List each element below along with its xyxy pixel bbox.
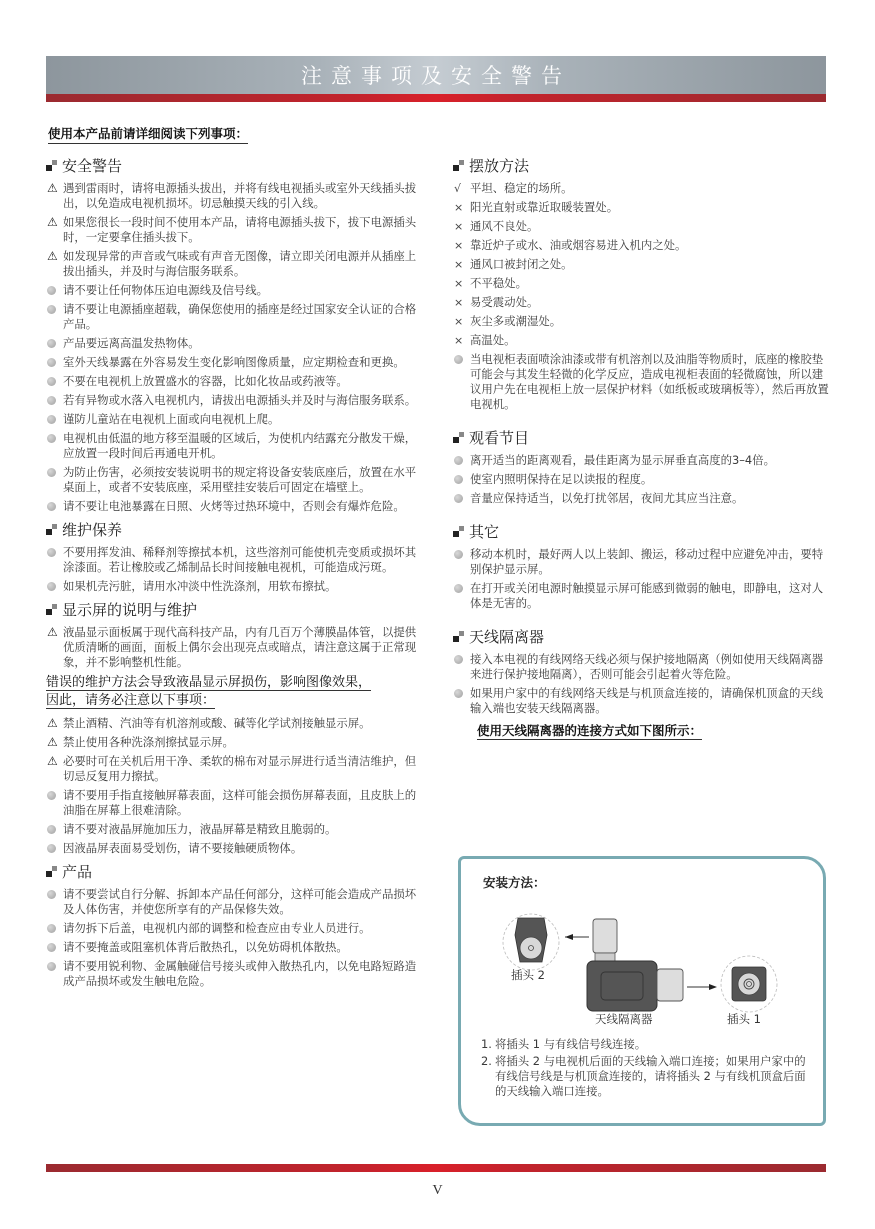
check-icon: √	[453, 181, 470, 196]
bullet-dot-icon	[46, 499, 63, 514]
isolator-label: 天线隔离器	[595, 1011, 653, 1027]
list-item-text: 平坦、稳定的场所。	[470, 181, 833, 196]
bullet-dot-icon	[46, 959, 63, 989]
section-product: 产品 请不要尝试自行分解、拆卸本产品任何部分，这样可能会造成产品损坏及人体伤害，…	[46, 860, 422, 989]
bullet-dot-icon	[46, 393, 63, 408]
section-other: 其它 移动本机时，最好两人以上装卸、搬运，移动过程中应避免冲击，要特别保护显示屏…	[453, 520, 833, 611]
list-item-text: 必要时可在关机后用干净、柔软的棉布对显示屏进行适当清洁维护，但切忌反复用力擦拭。	[63, 754, 422, 784]
section-title: 产品	[46, 860, 422, 882]
list-item: 不要用挥发油、稀释剂等擦拭本机，这些溶剂可能使机壳变质或损坏其涂漆面。若让橡胶或…	[46, 545, 422, 575]
section-title: 观看节目	[453, 426, 833, 448]
placement-list: √平坦、稳定的场所。×阳光直射或靠近取暖装置处。×通风不良处。×靠近炉子或水、油…	[453, 181, 833, 412]
list-item: 请不要对液晶屏施加压力，液晶屏幕是精致且脆弱的。	[46, 822, 422, 837]
list-item: 如果用户家中的有线网络天线是与机顶盒连接的，请确保机顶盒的天线输入端也安装天线隔…	[453, 686, 833, 716]
list-item: ⚠禁止酒精、汽油等有机溶剂或酸、碱等化学试剂接触显示屏。	[46, 716, 422, 731]
bullet-dot-icon	[453, 472, 470, 487]
section-title: 显示屏的说明与维护	[46, 598, 422, 620]
list-item-text: 音量应保持适当，以免打扰邻居，夜间尤其应当注意。	[470, 491, 833, 506]
list-item: ⚠必要时可在关机后用干净、柔软的棉布对显示屏进行适当清洁维护，但切忌反复用力擦拭…	[46, 754, 422, 784]
list-item-text: 请不要掩盖或阻塞机体背后散热孔，以免妨碍机体散热。	[63, 940, 422, 955]
cross-icon: ×	[453, 295, 470, 310]
bullet-dot-icon	[46, 412, 63, 427]
list-item-text: 液晶显示面板属于现代高科技产品，内有几百万个薄膜晶体管，以提供优质清晰的画面，面…	[63, 625, 422, 670]
isolator-list: 接入本电视的有线网络天线必须与保护接地隔离（例如使用天线隔离器来进行保护接地隔离…	[453, 652, 833, 716]
list-item-text: 室外天线暴露在外容易发生变化影响图像质量，应定期检查和更换。	[63, 355, 422, 370]
page-title: 注意事项及安全警告	[301, 60, 571, 90]
list-item-text: 靠近炉子或水、油或烟容易进入机内之处。	[470, 238, 833, 253]
list-item: 为防止伤害，必须按安装说明书的规定将设备安装底座后，放置在水平桌面上，或者不安装…	[46, 465, 422, 495]
list-item: ×灰尘多或潮湿处。	[453, 314, 833, 329]
list-item-text: 如果您很长一段时间不使用本产品，请将电源插头拔下，拔下电源插头时，一定要拿住插头…	[63, 215, 422, 245]
bullet-dot-icon	[46, 374, 63, 389]
list-item: 移动本机时，最好两人以上装卸、搬运，移动过程中应避免冲击，要特别保护显示屏。	[453, 547, 833, 577]
bullet-dot-icon	[46, 579, 63, 594]
bullet-dot-icon	[453, 453, 470, 468]
bullet-dot-icon	[453, 352, 470, 412]
installation-steps: 1. 将插头 1 与有线信号线连接。 2. 将插头 2 与电视机后面的天线输入端…	[481, 1037, 811, 1101]
list-item-text: 谨防儿童站在电视机上面或向电视机上爬。	[63, 412, 422, 427]
list-item-text: 禁止酒精、汽油等有机溶剂或酸、碱等化学试剂接触显示屏。	[63, 716, 422, 731]
list-item-text: 请不要让电池暴露在日照、火烤等过热环境中，否则会有爆炸危险。	[63, 499, 422, 514]
list-item-text: 如发现异常的声音或气味或有声音无图像，请立即关闭电源并从插座上拔出插头，并及时与…	[63, 249, 422, 279]
section-bullet-icon	[453, 631, 464, 642]
list-item: ×高温处。	[453, 333, 833, 348]
list-item-text: 电视机由低温的地方移至温暖的区域后，为使机内结露充分散发干燥，应放置一段时间后再…	[63, 431, 422, 461]
section-title: 其它	[453, 520, 833, 542]
list-item: 使室内照明保持在足以读报的程度。	[453, 472, 833, 487]
list-item: 如果机壳污脏，请用水冲淡中性洗涤剂，用软布擦拭。	[46, 579, 422, 594]
list-item: 请不要让任何物体压迫电源线及信号线。	[46, 283, 422, 298]
bullet-dot-icon	[46, 788, 63, 818]
bullet-dot-icon	[46, 431, 63, 461]
list-item: 不要在电视机上放置盛水的容器，比如化妆品或药液等。	[46, 374, 422, 389]
diagram-caption: 使用天线隔离器的连接方式如下图所示：	[477, 721, 702, 740]
bullet-dot-icon	[46, 822, 63, 837]
list-item-text: 灰尘多或潮湿处。	[470, 314, 833, 329]
step-item: 2. 将插头 2 与电视机后面的天线输入端口连接；如果用户家中的有线信号线是与机…	[481, 1054, 811, 1099]
list-item: 室外天线暴露在外容易发生变化影响图像质量，应定期检查和更换。	[46, 355, 422, 370]
list-item-text: 请不要让任何物体压迫电源线及信号线。	[63, 283, 422, 298]
list-item: 当电视柜表面喷涂油漆或带有机溶剂以及油脂等物质时，底座的橡胶垫可能会与其发生轻微…	[453, 352, 833, 412]
list-item: ⚠如果您很长一段时间不使用本产品，请将电源插头拔下，拔下电源插头时，一定要拿住插…	[46, 215, 422, 245]
cross-icon: ×	[453, 276, 470, 291]
bullet-dot-icon	[46, 921, 63, 936]
page-number: V	[0, 1183, 875, 1199]
list-item: 请不要尝试自行分解、拆卸本产品任何部分，这样可能会造成产品损坏及人体伤害，并使您…	[46, 887, 422, 917]
bullet-dot-icon	[453, 547, 470, 577]
list-item-text: 通风口被封闭之处。	[470, 257, 833, 272]
list-item: √平坦、稳定的场所。	[453, 181, 833, 196]
section-title: 天线隔离器	[453, 625, 833, 647]
warning-icon: ⚠	[46, 215, 63, 245]
other-list: 移动本机时，最好两人以上装卸、搬运，移动过程中应避免冲击，要特别保护显示屏。在打…	[453, 547, 833, 611]
screen-intro-list: ⚠液晶显示面板属于现代高科技产品，内有几百万个薄膜晶体管，以提供优质清晰的画面，…	[46, 625, 422, 670]
title-banner: 注意事项及安全警告	[46, 56, 826, 94]
list-item: ⚠遇到雷雨时，请将电源插头拔出，并将有线电视插头或室外天线插头拔出，以免造成电视…	[46, 181, 422, 211]
step-item: 1. 将插头 1 与有线信号线连接。	[481, 1037, 811, 1052]
list-item: ×易受震动处。	[453, 295, 833, 310]
product-list: 请不要尝试自行分解、拆卸本产品任何部分，这样可能会造成产品损坏及人体伤害，并使您…	[46, 887, 422, 989]
intro-heading: 使用本产品前请详细阅读下列事项：	[48, 124, 248, 144]
screen-warning-heading: 错误的维护方法会导致液晶显示屏损伤，影响图像效果， 因此，请务必注意以下事项：	[46, 674, 422, 710]
list-item: 请勿拆下后盖，电视机内部的调整和检查应由专业人员进行。	[46, 921, 422, 936]
bullet-dot-icon	[46, 545, 63, 575]
list-item-text: 为防止伤害，必须按安装说明书的规定将设备安装底座后，放置在水平桌面上，或者不安装…	[63, 465, 422, 495]
cross-icon: ×	[453, 219, 470, 234]
safety-list: ⚠遇到雷雨时，请将电源插头拔出，并将有线电视插头或室外天线插头拔出，以免造成电视…	[46, 181, 422, 514]
section-screen: 显示屏的说明与维护 ⚠液晶显示面板属于现代高科技产品，内有几百万个薄膜晶体管，以…	[46, 598, 422, 856]
list-item-text: 易受震动处。	[470, 295, 833, 310]
list-item-text: 请不要用手指直接触屏幕表面，这样可能会损伤屏幕表面，且皮肤上的油脂在屏幕上很难清…	[63, 788, 422, 818]
warning-icon: ⚠	[46, 181, 63, 211]
list-item: ×阳光直射或靠近取暖装置处。	[453, 200, 833, 215]
list-item: ×靠近炉子或水、油或烟容易进入机内之处。	[453, 238, 833, 253]
viewing-list: 离开适当的距离观看，最佳距离为显示屏垂直高度的3–4倍。使室内照明保持在足以读报…	[453, 453, 833, 506]
plug-1-icon	[721, 956, 777, 1012]
list-item: ⚠如发现异常的声音或气味或有声音无图像，请立即关闭电源并从插座上拔出插头，并及时…	[46, 249, 422, 279]
list-item-text: 如果用户家中的有线网络天线是与机顶盒连接的，请确保机顶盒的天线输入端也安装天线隔…	[470, 686, 833, 716]
cross-icon: ×	[453, 257, 470, 272]
section-title: 安全警告	[46, 154, 422, 176]
list-item: 接入本电视的有线网络天线必须与保护接地隔离（例如使用天线隔离器来进行保护接地隔离…	[453, 652, 833, 682]
warning-icon: ⚠	[46, 735, 63, 750]
bullet-dot-icon	[46, 841, 63, 856]
list-item-text: 高温处。	[470, 333, 833, 348]
list-item-text: 离开适当的距离观看，最佳距离为显示屏垂直高度的3–4倍。	[470, 453, 833, 468]
bullet-dot-icon	[46, 302, 63, 332]
list-item: 请不要让电池暴露在日照、火烤等过热环境中，否则会有爆炸危险。	[46, 499, 422, 514]
top-red-divider	[46, 94, 826, 102]
warning-icon: ⚠	[46, 716, 63, 731]
antenna-isolator-diagram	[481, 895, 821, 1025]
arrow-left-icon	[565, 934, 589, 940]
plug-1-label: 插头 1	[727, 1011, 761, 1027]
list-item-text: 若有异物或水落入电视机内，请拔出电源插头并及时与海信服务联系。	[63, 393, 422, 408]
section-bullet-icon	[453, 526, 464, 537]
list-item-text: 移动本机时，最好两人以上装卸、搬运，移动过程中应避免冲击，要特别保护显示屏。	[470, 547, 833, 577]
section-placement: 摆放方法 √平坦、稳定的场所。×阳光直射或靠近取暖装置处。×通风不良处。×靠近炉…	[453, 154, 833, 412]
list-item: 请不要掩盖或阻塞机体背后散热孔，以免妨碍机体散热。	[46, 940, 422, 955]
warning-icon: ⚠	[46, 625, 63, 670]
list-item: 产品要远离高温发热物体。	[46, 336, 422, 351]
list-item-text: 禁止使用各种洗涤剂擦拭显示屏。	[63, 735, 422, 750]
list-item: 音量应保持适当，以免打扰邻居，夜间尤其应当注意。	[453, 491, 833, 506]
section-bullet-icon	[46, 160, 57, 171]
list-item-text: 请不要用锐利物、金属触碰信号接头或伸入散热孔内，以免电路短路造成产品损坏或发生触…	[63, 959, 422, 989]
cross-icon: ×	[453, 314, 470, 329]
list-item: 若有异物或水落入电视机内，请拔出电源插头并及时与海信服务联系。	[46, 393, 422, 408]
list-item: 请不要让电源插座超载，确保您使用的插座是经过国家安全认证的合格产品。	[46, 302, 422, 332]
list-item-text: 请不要让电源插座超载，确保您使用的插座是经过国家安全认证的合格产品。	[63, 302, 422, 332]
plug-2-icon	[503, 914, 559, 970]
bullet-dot-icon	[46, 887, 63, 917]
bullet-dot-icon	[46, 336, 63, 351]
bullet-dot-icon	[46, 465, 63, 495]
warning-icon: ⚠	[46, 249, 63, 279]
screen-care-list: ⚠禁止酒精、汽油等有机溶剂或酸、碱等化学试剂接触显示屏。⚠禁止使用各种洗涤剂擦拭…	[46, 716, 422, 856]
list-item-text: 请不要尝试自行分解、拆卸本产品任何部分，这样可能会造成产品损坏及人体伤害，并使您…	[63, 887, 422, 917]
list-item: ×通风口被封闭之处。	[453, 257, 833, 272]
list-item-text: 产品要远离高温发热物体。	[63, 336, 422, 351]
section-viewing: 观看节目 离开适当的距离观看，最佳距离为显示屏垂直高度的3–4倍。使室内照明保持…	[453, 426, 833, 506]
plug-2-label: 插头 2	[511, 967, 545, 983]
list-item: ⚠禁止使用各种洗涤剂擦拭显示屏。	[46, 735, 422, 750]
section-bullet-icon	[453, 160, 464, 171]
list-item: 请不要用锐利物、金属触碰信号接头或伸入散热孔内，以免电路短路造成产品损坏或发生触…	[46, 959, 422, 989]
list-item-text: 不平稳处。	[470, 276, 833, 291]
list-item: ×不平稳处。	[453, 276, 833, 291]
section-safety: 安全警告 ⚠遇到雷雨时，请将电源插头拔出，并将有线电视插头或室外天线插头拔出，以…	[46, 154, 422, 514]
right-column: 摆放方法 √平坦、稳定的场所。×阳光直射或靠近取暖装置处。×通风不良处。×靠近炉…	[453, 154, 833, 740]
list-item-text: 如果机壳污脏，请用水冲淡中性洗涤剂，用软布擦拭。	[63, 579, 422, 594]
list-item-text: 阳光直射或靠近取暖装置处。	[470, 200, 833, 215]
warning-icon: ⚠	[46, 754, 63, 784]
left-column: 安全警告 ⚠遇到雷雨时，请将电源插头拔出，并将有线电视插头或室外天线插头拔出，以…	[46, 154, 422, 993]
list-item-text: 不要在电视机上放置盛水的容器，比如化妆品或药液等。	[63, 374, 422, 389]
list-item-text: 通风不良处。	[470, 219, 833, 234]
diagram-title: 安装方法：	[483, 873, 546, 891]
list-item: ×通风不良处。	[453, 219, 833, 234]
bullet-dot-icon	[453, 581, 470, 611]
bullet-dot-icon	[46, 940, 63, 955]
section-bullet-icon	[453, 432, 464, 443]
list-item-text: 因液晶屏表面易受划伤，请不要接触硬质物体。	[63, 841, 422, 856]
list-item: 电视机由低温的地方移至温暖的区域后，为使机内结露充分散发干燥，应放置一段时间后再…	[46, 431, 422, 461]
list-item: ⚠液晶显示面板属于现代高科技产品，内有几百万个薄膜晶体管，以提供优质清晰的画面，…	[46, 625, 422, 670]
cross-icon: ×	[453, 200, 470, 215]
installation-diagram-box: 安装方法：	[458, 856, 826, 1126]
list-item: 因液晶屏表面易受划伤，请不要接触硬质物体。	[46, 841, 422, 856]
list-item-text: 使室内照明保持在足以读报的程度。	[470, 472, 833, 487]
section-title: 维护保养	[46, 518, 422, 540]
cross-icon: ×	[453, 238, 470, 253]
list-item: 离开适当的距离观看，最佳距离为显示屏垂直高度的3–4倍。	[453, 453, 833, 468]
bottom-red-divider	[46, 1164, 826, 1172]
bullet-dot-icon	[46, 283, 63, 298]
section-isolator: 天线隔离器 接入本电视的有线网络天线必须与保护接地隔离（例如使用天线隔离器来进行…	[453, 625, 833, 740]
arrow-right-icon	[687, 984, 717, 990]
isolator-icon	[587, 961, 683, 1011]
bullet-dot-icon	[453, 686, 470, 716]
bullet-dot-icon	[453, 652, 470, 682]
list-item-text: 不要用挥发油、稀释剂等擦拭本机，这些溶剂可能使机壳变质或损坏其涂漆面。若让橡胶或…	[63, 545, 422, 575]
section-bullet-icon	[46, 524, 57, 535]
bullet-dot-icon	[46, 355, 63, 370]
list-item: 谨防儿童站在电视机上面或向电视机上爬。	[46, 412, 422, 427]
bullet-dot-icon	[453, 491, 470, 506]
section-title: 摆放方法	[453, 154, 833, 176]
section-maintenance: 维护保养 不要用挥发油、稀释剂等擦拭本机，这些溶剂可能使机壳变质或损坏其涂漆面。…	[46, 518, 422, 594]
section-bullet-icon	[46, 604, 57, 615]
list-item-text: 遇到雷雨时，请将电源插头拔出，并将有线电视插头或室外天线插头拔出，以免造成电视机…	[63, 181, 422, 211]
list-item-text: 请勿拆下后盖，电视机内部的调整和检查应由专业人员进行。	[63, 921, 422, 936]
list-item-text: 当电视柜表面喷涂油漆或带有机溶剂以及油脂等物质时，底座的橡胶垫可能会与其发生轻微…	[470, 352, 833, 412]
maintenance-list: 不要用挥发油、稀释剂等擦拭本机，这些溶剂可能使机壳变质或损坏其涂漆面。若让橡胶或…	[46, 545, 422, 594]
list-item-text: 在打开或关闭电源时触摸显示屏可能感到微弱的触电，即静电，这对人体是无害的。	[470, 581, 833, 611]
list-item-text: 接入本电视的有线网络天线必须与保护接地隔离（例如使用天线隔离器来进行保护接地隔离…	[470, 652, 833, 682]
list-item-text: 请不要对液晶屏施加压力，液晶屏幕是精致且脆弱的。	[63, 822, 422, 837]
cross-icon: ×	[453, 333, 470, 348]
list-item: 请不要用手指直接触屏幕表面，这样可能会损伤屏幕表面，且皮肤上的油脂在屏幕上很难清…	[46, 788, 422, 818]
section-bullet-icon	[46, 866, 57, 877]
list-item: 在打开或关闭电源时触摸显示屏可能感到微弱的触电，即静电，这对人体是无害的。	[453, 581, 833, 611]
